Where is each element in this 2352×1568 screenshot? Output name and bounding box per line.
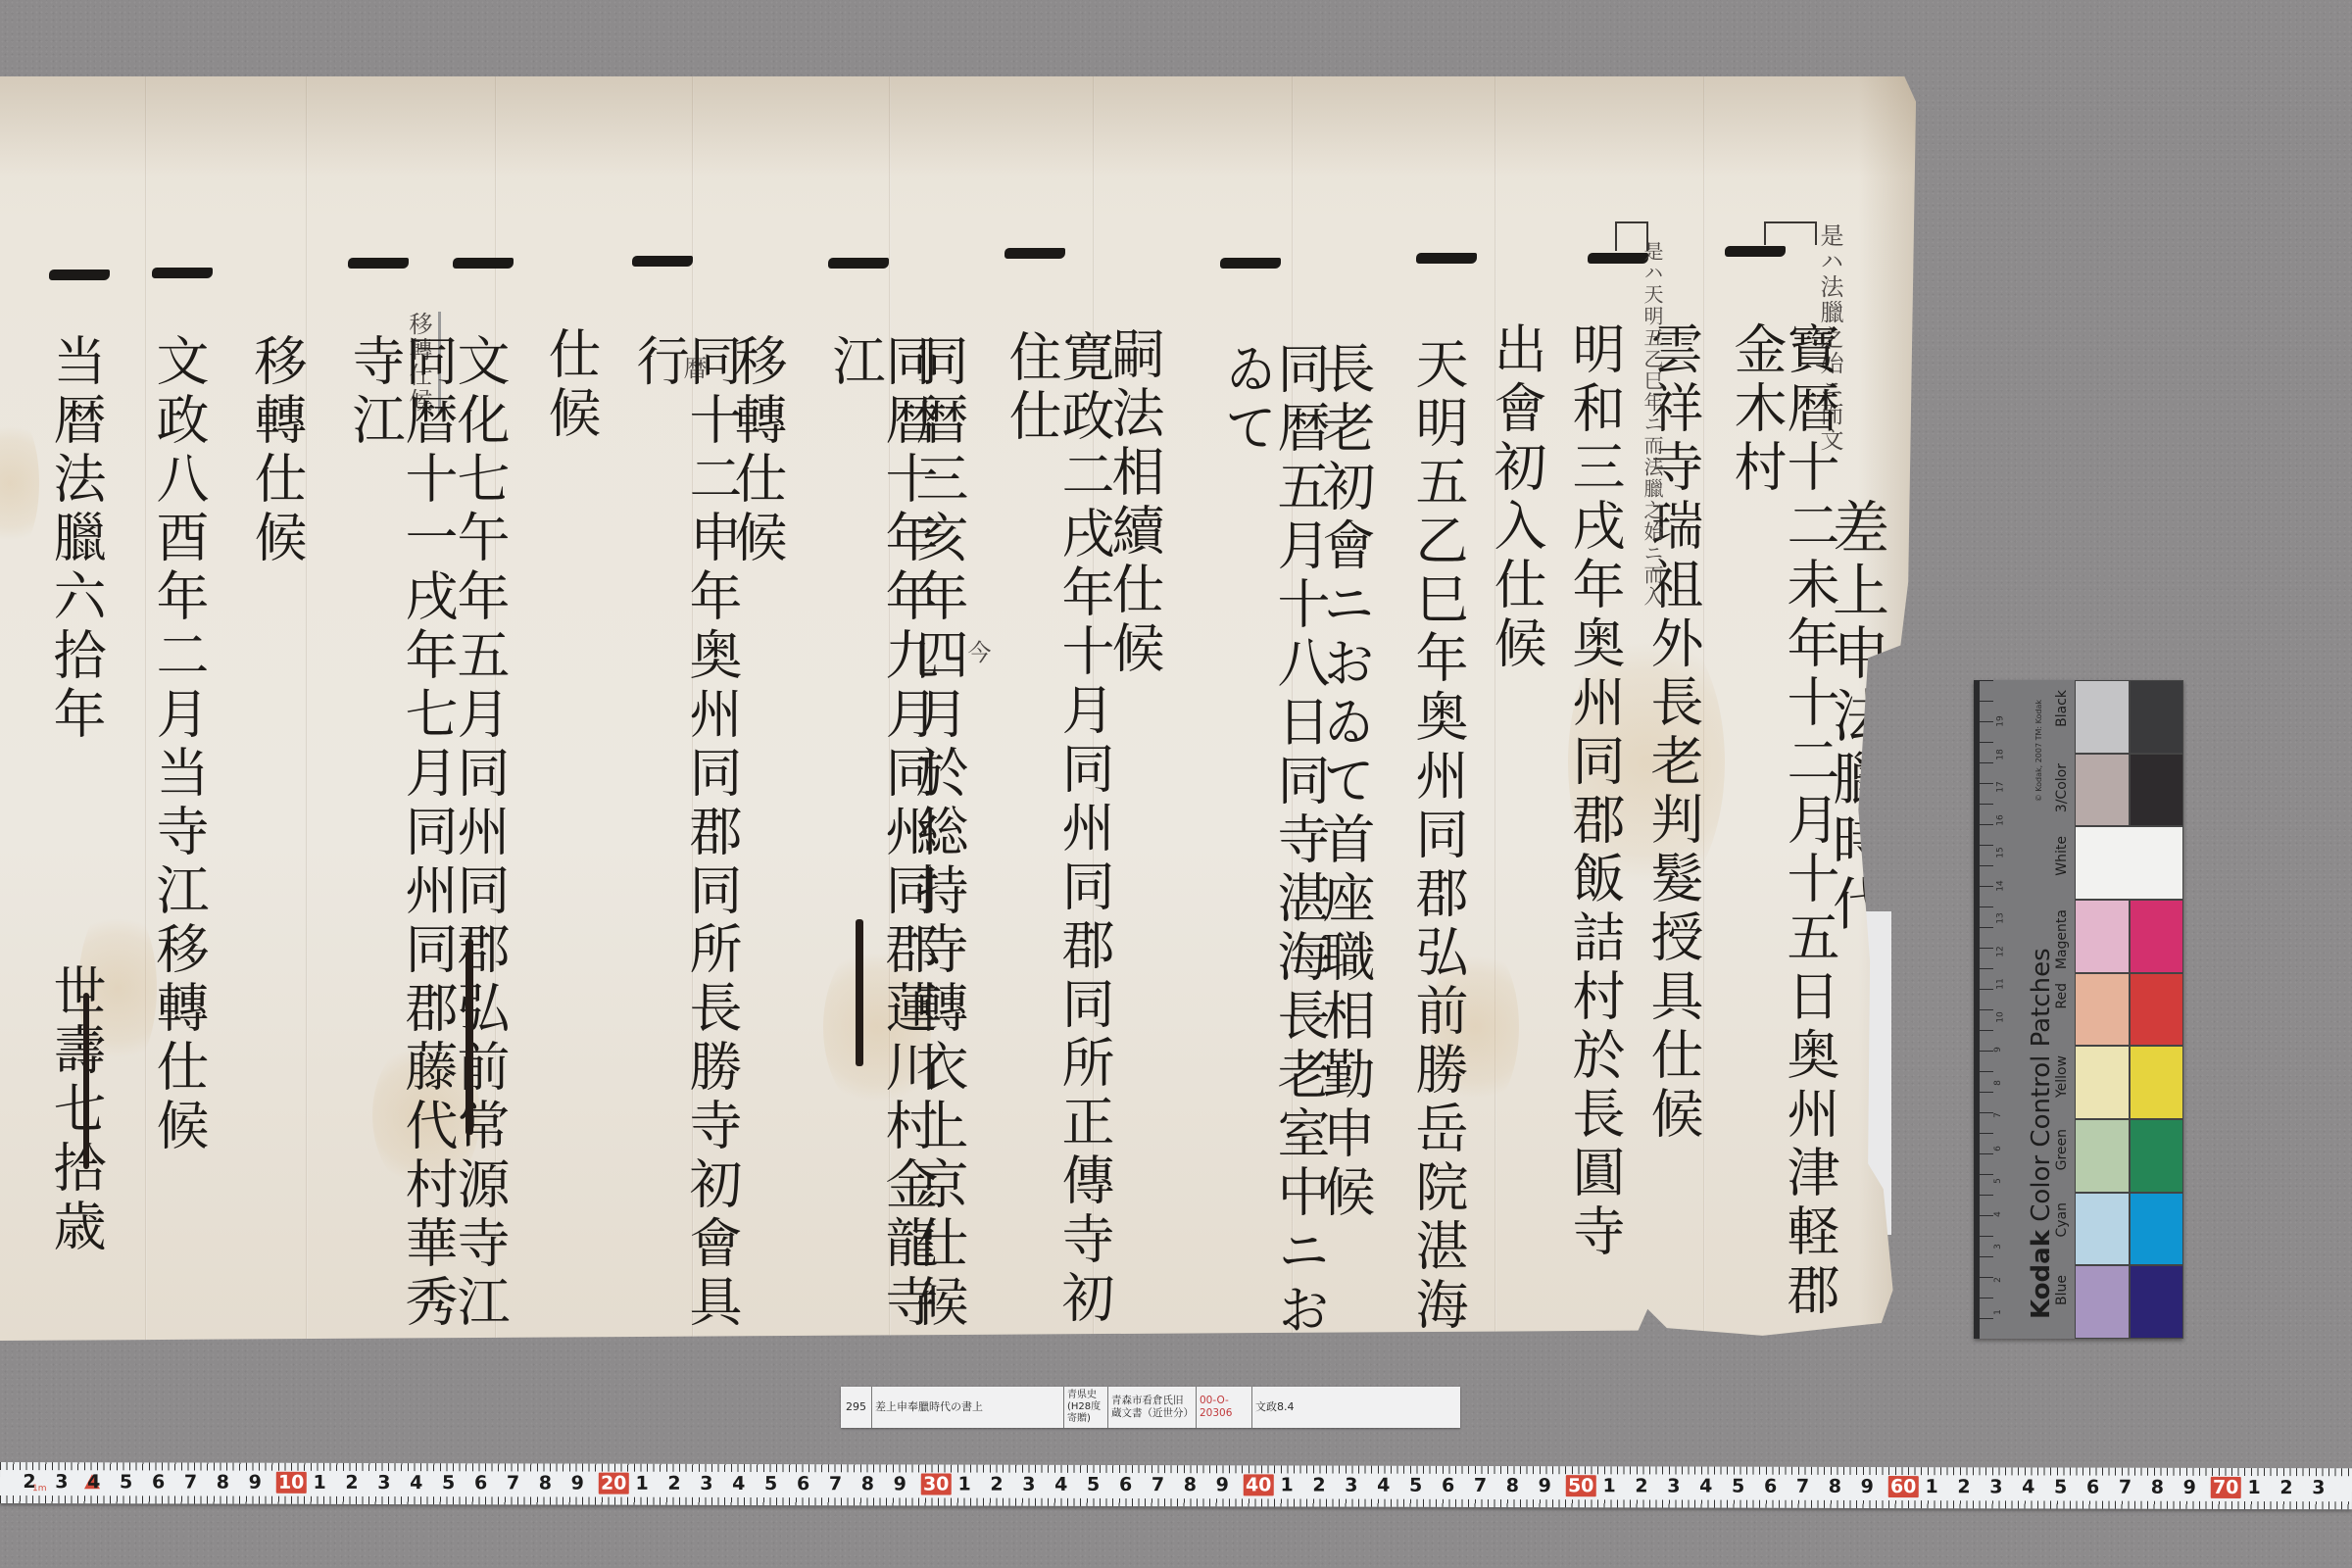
entry-line: 出會初入仕候 — [1490, 321, 1543, 674]
ruler-cm-number: 13 — [1996, 912, 2006, 923]
tape-number: 5 — [120, 1471, 132, 1493]
tape-number: 4 — [732, 1473, 745, 1494]
fold-line — [145, 76, 147, 1341]
item-mark-ichi — [1416, 253, 1477, 264]
tape-number: 5 — [1732, 1476, 1744, 1497]
tape-number: 3 — [2312, 1477, 2325, 1498]
tape-number: 3 — [55, 1471, 68, 1493]
patch-label: Cyan — [2054, 1202, 2070, 1238]
tape-number: 6 — [1764, 1476, 1777, 1497]
chart-brand: Kodak Color Control Patches — [2027, 948, 2056, 1319]
tape-number: 1 — [635, 1473, 648, 1494]
patch-label: Magenta — [2054, 909, 2070, 969]
item-mark-ichi — [49, 269, 110, 280]
ruler-cm-number: 6 — [1993, 1146, 2003, 1151]
tape-number: 9 — [1539, 1475, 1551, 1496]
entry-line: 同暦十年年九月同州同郡蓮川村金龍寺江 — [828, 333, 934, 1341]
entry-line: 嗣法相續仕候 — [1107, 326, 1160, 679]
tape-number: 5 — [2054, 1476, 2067, 1497]
tape-number: 4 — [87, 1471, 100, 1493]
ruler-cm-number: 7 — [1993, 1112, 2003, 1118]
tape-number: 6 — [2086, 1477, 2099, 1498]
patch-label: 3/Color — [2054, 763, 2070, 812]
chart-title: Color Control Patches — [2027, 948, 2056, 1221]
patch-blue-light — [2075, 1265, 2130, 1339]
item-mark-ichi — [632, 256, 693, 267]
entry-line: 仕候 — [544, 326, 597, 444]
tape-number: 2 — [1957, 1476, 1970, 1497]
ruler-cm-number: 4 — [1993, 1211, 2003, 1217]
tape-number: 1 — [1925, 1476, 1937, 1497]
patch-3-color-dark — [2130, 754, 2184, 827]
ruler-cm-number: 17 — [1996, 781, 2006, 792]
tape-number: 4 — [410, 1472, 422, 1494]
patch-magenta-light — [2075, 900, 2130, 973]
entry-line: 寛政二戌年十月同州同郡同所正傳寺初住仕 — [1004, 329, 1110, 1341]
catalog-collection: 青森市看倉氏旧蔵文書（近世分） — [1108, 1387, 1197, 1428]
tape-number: 3 — [1667, 1475, 1680, 1496]
tape-number: 3 — [1989, 1476, 2002, 1497]
tape-number: 50 — [1566, 1475, 1596, 1496]
item-mark-ichi — [152, 268, 213, 278]
ruler-cm-number: 19 — [1996, 715, 2006, 726]
tape-number: 7 — [1474, 1475, 1487, 1496]
item-mark-ichi — [1725, 246, 1786, 257]
entry-line: 明和三戌年奥州同郡飯詰村於長圓寺 — [1568, 321, 1621, 1262]
tape-number: 8 — [1829, 1476, 1841, 1497]
patch-3-color-light — [2075, 754, 2130, 827]
tape-number: 4 — [2022, 1476, 2034, 1497]
tape-number: 40 — [1244, 1474, 1274, 1495]
kodak-color-chart: © Kodak, 2007 TM: Kodak Kodak Color Cont… — [1974, 680, 2183, 1339]
patch-yellow-dark — [2130, 1046, 2184, 1119]
patch-blue-dark — [2130, 1265, 2184, 1339]
tape-number: 4 — [1699, 1476, 1712, 1497]
tape-number: 1 — [1280, 1474, 1293, 1495]
tape-number: 2 — [23, 1471, 35, 1493]
ink-correction — [856, 919, 863, 1066]
entry-line: 当暦法臘六拾年 — [49, 333, 102, 745]
entry-line: 移轉仕候 — [250, 333, 303, 568]
ruler-cm-number: 10 — [1996, 1011, 2006, 1022]
annotation-note: 是ハ天明五乙巳年ニ而法臘之始ニ而入 — [1639, 241, 1667, 608]
patch-green-dark — [2130, 1119, 2184, 1193]
tape-number: 1 — [313, 1472, 325, 1494]
catalog-date: 文政8.4 — [1252, 1387, 1460, 1428]
tape-number: 3 — [1022, 1474, 1035, 1495]
item-mark-ichi — [828, 258, 889, 269]
tape-number: 5 — [764, 1473, 777, 1494]
tape-number: 2 — [2279, 1477, 2292, 1498]
patch-grid — [2075, 680, 2183, 1339]
ink-correction — [83, 993, 89, 1169]
tape-number: 9 — [2183, 1477, 2196, 1498]
tape-number: 5 — [442, 1472, 455, 1494]
tape-number: 8 — [2151, 1477, 2164, 1498]
tape-number: 7 — [2119, 1477, 2131, 1498]
patch-red-light — [2075, 973, 2130, 1047]
tape-number: 8 — [217, 1472, 229, 1494]
tape-number: 1 — [1602, 1475, 1615, 1496]
patch-label: Yellow — [2054, 1055, 2070, 1098]
chart-copyright: © Kodak, 2007 TM: Kodak — [2034, 700, 2043, 802]
entry-line: 同十二申年奥州同郡同所長勝寺初會具行 — [632, 333, 738, 1341]
tape-number: 7 — [507, 1472, 519, 1494]
tape-number: 8 — [1506, 1475, 1519, 1496]
chart-brand-name: Kodak — [2027, 1230, 2056, 1319]
tape-number: 8 — [539, 1472, 552, 1494]
patch-label: Black — [2054, 690, 2070, 727]
tape-number: 7 — [184, 1471, 197, 1493]
fold-line — [1494, 76, 1496, 1341]
ruler-cm-number: 9 — [1993, 1047, 2003, 1053]
tape-number: 9 — [1216, 1474, 1229, 1495]
catalog-label: 295 差上申奉臘時代の書上 青県史(H28度寄贈) 青森市看倉氏旧蔵文書（近世… — [841, 1387, 1460, 1428]
tape-number: 6 — [1119, 1474, 1132, 1495]
tape-number: 70 — [2211, 1477, 2241, 1498]
tape-number: 6 — [152, 1471, 165, 1493]
ruler-cm-number: 11 — [1996, 978, 2006, 989]
entry-line: 天明五乙巳年奥州同郡弘前勝岳院湛海 — [1411, 336, 1464, 1336]
tape-number: 3 — [1345, 1475, 1357, 1496]
item-mark-ichi — [1004, 248, 1065, 259]
patch-black-light — [2075, 680, 2130, 754]
item-mark-ichi — [1220, 258, 1281, 269]
patch-names: Black3/ColorWhiteMagentaRedYellowGreenCy… — [2054, 680, 2076, 1339]
tape-number: 2 — [345, 1472, 358, 1494]
catalog-title: 差上申奉臘時代の書上 — [872, 1387, 1064, 1428]
item-mark-ichi — [453, 258, 514, 269]
ruler-cm-number: 1 — [1993, 1309, 2003, 1315]
tape-number: 7 — [829, 1473, 842, 1494]
fold-line — [306, 76, 308, 1341]
patch-label: White — [2054, 836, 2070, 876]
entry-line: 文政八酉年二月当寺江移轉仕候 — [152, 333, 205, 1156]
tape-number: 7 — [1151, 1474, 1164, 1495]
ruler-cm-number: 18 — [1996, 749, 2006, 759]
tape-number: 10 — [276, 1472, 307, 1494]
ruler-cm-number: 3 — [1993, 1244, 2003, 1249]
tape-number: 9 — [571, 1473, 584, 1494]
tape-number: 2 — [1635, 1475, 1647, 1496]
tape-number: 3 — [377, 1472, 390, 1494]
entry-line: 寶暦十二未年十二月十五日奥州津軽郡金木村 — [1730, 321, 1836, 1341]
catalog-id: 00-O-20306 — [1197, 1387, 1252, 1428]
tape-number: 2 — [1312, 1475, 1325, 1496]
tape-number: 6 — [797, 1473, 809, 1494]
tape-measure: 1m 2345678910123456789201234567893012345… — [0, 1462, 2352, 1509]
historical-document: 差上申法臘時代 是ハ法臘之始ニ而文 寶暦十二未年十二月十五日奥州津軽郡金木村 雲… — [0, 76, 1916, 1341]
tape-number: 2 — [667, 1473, 680, 1494]
tape-number: 1 — [957, 1474, 970, 1495]
entry-line: 同暦五月十八日同寺湛海長老室中ニおゐて — [1220, 341, 1326, 1341]
tape-number: 9 — [1861, 1476, 1874, 1497]
tape-number: 3 — [700, 1473, 712, 1494]
tape-number: 30 — [921, 1473, 952, 1494]
ruler-cm-number: 12 — [1996, 946, 2006, 956]
patch-cyan-dark — [2130, 1193, 2184, 1266]
tape-number: 60 — [1888, 1476, 1919, 1497]
ruler-cm-number: 5 — [1993, 1178, 2003, 1184]
tape-number: 8 — [861, 1473, 874, 1494]
patch-yellow-light — [2075, 1046, 2130, 1119]
patch-red-dark — [2130, 973, 2184, 1047]
catalog-source: 青県史(H28度寄贈) — [1064, 1387, 1108, 1428]
patch-green-light — [2075, 1119, 2130, 1193]
patch-label: Red — [2054, 983, 2070, 1009]
tape-number: 7 — [1796, 1476, 1809, 1497]
entry-line-signature: 世壽七拾歳 — [49, 963, 102, 1257]
entry-line: 同暦十一戌年七月同州同郡藤代村華秀寺江 — [348, 333, 454, 1341]
ruler-cm-number: 14 — [1996, 880, 2006, 891]
ruler-cm-number: 15 — [1996, 847, 2006, 857]
tape-number: 20 — [599, 1473, 629, 1494]
patch-magenta-dark — [2130, 900, 2184, 973]
tape-number: 9 — [249, 1472, 262, 1494]
patch-label: Green — [2054, 1129, 2070, 1170]
ruler-cm-number: 2 — [1993, 1277, 2003, 1283]
water-stain — [0, 410, 39, 557]
ruler-cm-number: 16 — [1996, 814, 2006, 825]
annotation-bracket — [1764, 221, 1817, 245]
entry-line: 文化七午年五月同州同郡弘前常源寺江 — [453, 333, 506, 1333]
patch-label: Blue — [2054, 1275, 2070, 1305]
patch-white — [2075, 826, 2183, 900]
patch-black-dark — [2130, 680, 2184, 754]
tape-number: 9 — [894, 1473, 906, 1494]
ink-correction — [465, 939, 473, 1135]
tape-number: 5 — [1087, 1474, 1100, 1495]
tape-number: 2 — [990, 1474, 1003, 1495]
tape-number: 1 — [2247, 1477, 2260, 1498]
tape-number: 4 — [1054, 1474, 1067, 1495]
catalog-number: 295 — [841, 1387, 872, 1428]
tape-number: 4 — [1377, 1475, 1390, 1496]
item-mark-ichi — [348, 258, 409, 269]
chart-ruler — [1980, 680, 2011, 1339]
patch-cyan-light — [2075, 1193, 2130, 1266]
tape-number: 5 — [1409, 1475, 1422, 1496]
tape-number: 8 — [1184, 1474, 1197, 1495]
ruler-cm-number: 8 — [1993, 1080, 2003, 1086]
tape-number: 6 — [1442, 1475, 1454, 1496]
tape-number: 6 — [474, 1472, 487, 1494]
